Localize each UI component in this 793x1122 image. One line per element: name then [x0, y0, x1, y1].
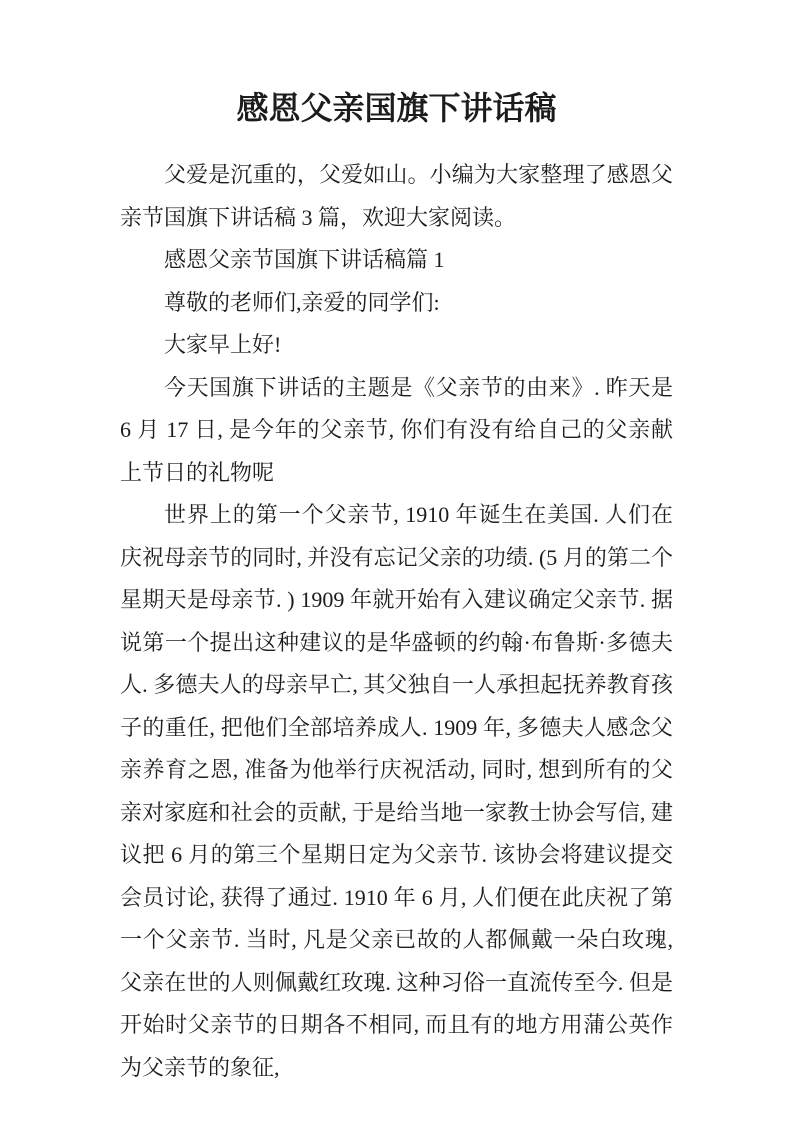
paragraph: 世界上的第一个父亲节, 1910 年诞生在美国. 人们在庆祝母亲节的同时, 并没…: [120, 494, 673, 1089]
paragraph: 尊敬的老师们,亲爱的同学们:: [120, 282, 673, 325]
document-body: 父爱是沉重的，父爱如山。小编为大家整理了感恩父亲节国旗下讲话稿 3 篇，欢迎大家…: [120, 154, 673, 1089]
paragraph: 大家早上好!: [120, 324, 673, 367]
paragraph: 今天国旗下讲话的主题是《父亲节的由来》. 昨天是 6 月 17 日, 是今年的父…: [120, 367, 673, 495]
paragraph: 感恩父亲节国旗下讲话稿篇 1: [120, 239, 673, 282]
document-title: 感恩父亲国旗下讲话稿: [120, 84, 673, 132]
paragraph: 父爱是沉重的，父爱如山。小编为大家整理了感恩父亲节国旗下讲话稿 3 篇，欢迎大家…: [120, 154, 673, 239]
document-page: 感恩父亲国旗下讲话稿 父爱是沉重的，父爱如山。小编为大家整理了感恩父亲节国旗下讲…: [0, 0, 793, 1122]
